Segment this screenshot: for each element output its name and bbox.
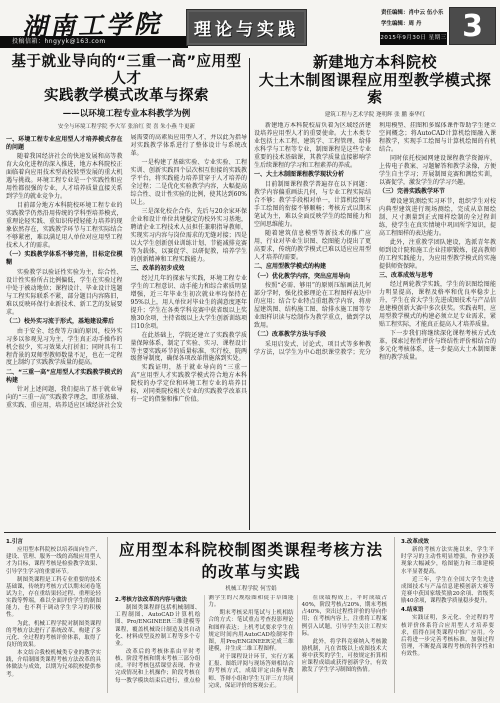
article-left-title-line1: 基于就业导向的“三重一高”应用型人才 — [6, 54, 247, 88]
body-paragraph: 经过几年的探索与实践，环境工程专业学生的工程意识、动手能力和综合素质明显增强，近… — [131, 275, 248, 331]
body-paragraph: 此外，注重教学团队建设，选派青年教师到设计院和施工企业挂职锻炼，提高教师的工程实… — [379, 239, 496, 271]
student-editor-line: 学生编辑：周 丹 — [381, 19, 447, 30]
body-paragraph: 目前制图课程教学普遍存在以下问题：教学内容偏重画法几何，与专业工程实际结合不够；… — [254, 181, 371, 229]
body-paragraph: 在成绩构成上，平时成绩占40%，阶段考核占20%，期末考核占40%，突出过程性评… — [302, 595, 387, 638]
newspaper-page: 湖南工学院 投稿信箱：hngyyk@163.com 理论与实践 责任编辑：肖中云… — [0, 0, 500, 703]
body-subheading: 一、大土木制图课程教学现状分析 — [254, 171, 371, 179]
body-paragraph: 同时依托校园网建设课程教学资源库，上传电子教案、习题解答和教学录像，方便学生自主… — [379, 155, 496, 187]
body-paragraph: 增设建筑测绘实习环节，组织学生对校内典型建筑进行现场测绘，完成从草图绘制、尺寸测… — [379, 198, 496, 238]
body-paragraph: 制图类课程群包括机械制图、工程制图、AutoCAD计算机绘图、Pro/ENGIN… — [115, 605, 200, 648]
body-paragraph: 实践证明，多元化、全过程的考核评价体系符合应用型人才培养要求，值得在同类课程中推… — [401, 615, 494, 658]
body-subheading: 1.引言 — [6, 539, 101, 546]
article-bottom-title: 应用型本科院校制图类课程考核方法的改革与实践 — [115, 538, 387, 582]
vertical-column-rule — [249, 58, 250, 530]
article-left-body: 一、环境工程专业应用型人才培养模式存在的问题随着我国经济社会的快速发展和高等教育… — [6, 134, 247, 552]
body-paragraph: 随着我国经济社会的快速发展和高等教育大众化进程的深入推进，地方本科院校正面临着向… — [6, 153, 123, 201]
article-bottom-center-body: 2.考核方法改革的内容与做法制图类课程群包括机械制图、工程制图、AutoCAD计… — [115, 595, 387, 693]
article-left: 基于就业导向的“三重一高”应用型人才 实践教学模式改革与探索 ——以环境工程专业… — [6, 54, 247, 530]
body-paragraph: 制图类课程是工科专业重要的技术基础课，传统的考核方式以期末闭卷笔试为主，存在重结… — [6, 577, 101, 620]
body-paragraph: 对于课程设计环节，实行方案汇报、图纸评阅与现场答辩相结合的考核方式，成绩评定由指… — [208, 654, 293, 690]
article-right-title-line2: 大土木制图课程应用型教学模式探索 — [254, 72, 496, 107]
body-paragraph: 期末考核采用笔试与上机相结合的方式：笔试重点考查投影理论和图样表达；上机考试要求… — [208, 610, 293, 653]
body-paragraph: 三是深化校企合作，先后与20余家环保企业和设计单位共建稳定的校外实习基地，聘请企… — [131, 208, 248, 264]
body-paragraph: 经过两轮教学实践，学生的识图绘图能力明显提高，课程及格率和优良率稳步上升，学生在… — [379, 281, 496, 329]
body-paragraph: 实践证明，基于就业导向的“三重一高”应用型人才实践教学模式符合地方本科院校的办学… — [131, 364, 248, 404]
body-subheading: 4.结束语 — [401, 607, 494, 614]
article-left-byline: 安全与环境工程学院 李大军 张治红 贺 喜 朱小燕 牛更新 — [6, 122, 247, 130]
article-bottom-right-column: 3.改革成效新的考核方法实施以来，学生平时学习的主动性明显增强，作业抄袭现象大幅… — [401, 537, 494, 693]
body-paragraph: 新的考核方法实施以来，学生平时学习的主动性明显增强，作业抄袭现象大幅减少，绘图能… — [401, 547, 494, 576]
article-right-byline: 建筑工程与艺术学院 逄明辉 张 鹏 秦华红 — [254, 110, 496, 118]
body-subheading: 三、改革成效与思考 — [379, 272, 496, 280]
body-subheading: （一）实践教学体系不够完善，目标定位模糊 — [6, 251, 123, 267]
body-paragraph: 本文结合我校机械类专业的教学实践，介绍制图类课程考核方法改革的具体做法与成效，以… — [6, 650, 101, 679]
body-subheading: （二）改革教学方法与手段 — [254, 331, 371, 339]
article-left-subtitle: ——以环境工程专业本科教学为例 — [6, 107, 247, 119]
body-paragraph: 实验教学以验证性实验为主，综合性、设计性实验所占比例偏低，学生在实验过程中处于被… — [6, 269, 123, 317]
body-paragraph: 下一步我们将继续深化课程考核方式改革，探索过程性评价与终结性评价相结合的多元化考… — [379, 330, 496, 362]
body-paragraph: 随着建筑信息模型等新技术的推广应用，行业对毕业生识图、绘图能力提出了更高要求，传… — [254, 230, 371, 262]
submission-email-bar: 投稿信箱：hngyyk@163.com — [0, 36, 188, 48]
article-right-title-line1: 新建地方本科院校 — [254, 54, 496, 72]
editors-block: 责任编辑：肖中云 伍小乐 学生编辑：周 丹 — [381, 8, 447, 30]
article-right-body: 新建地方本科院校肩负着为区域经济建设培养应用型人才的重要使命。大土木类专业包括土… — [254, 122, 496, 536]
body-paragraph: 一是构建了基础实验、专业实验、工程实训、创新实践四个层次相互衔接的实践教学平台，… — [131, 159, 248, 207]
body-paragraph: 在此基础上，学院还建立了实践教学质量保障体系，制定了实验、实习、课程设计等主要实… — [131, 332, 248, 364]
body-paragraph: 为此，机械工程学院对制图类课程的考核方法进行了系统改革，构建了多元化、全过程的考… — [6, 621, 101, 650]
body-paragraph: 近三年，学生在全国大学生先进成图技术与产品信息建模创新大赛等竞赛中获国家级奖励2… — [401, 577, 494, 606]
body-subheading: 2.考核方法改革的内容与做法 — [115, 597, 200, 604]
body-subheading: （二）校外实习流于形式，基地建设滞后 — [6, 318, 123, 326]
article-left-title-line2: 实践教学模式改革与探索 — [6, 88, 247, 105]
body-paragraph: 应用型本科院校以培养面向生产、建设、管理、服务一线的高级应用型人才为目标，课程考… — [6, 547, 101, 576]
article-bottom-left-column: 1.引言应用型本科院校以培养面向生产、建设、管理、服务一线的高级应用型人才为目标… — [6, 537, 101, 693]
article-right: 新建地方本科院校 大土木制图课程应用型教学模式探索 建筑工程与艺术学院 逄明辉 … — [254, 54, 496, 530]
body-subheading: （三）完善实践教学环节 — [379, 188, 496, 196]
chief-editor-line: 责任编辑：肖中云 伍小乐 — [381, 8, 447, 19]
body-subheading: 3.改革成效 — [401, 539, 494, 546]
article-bottom-center: 应用型本科院校制图类课程考核方法的改革与实践 机械工程学院 何雪娟 2.考核方法… — [107, 537, 395, 693]
body-paragraph: 按照“必需、够用”的原则压缩画法几何部分学时，强化投影理论在工程图样表达中的应用… — [254, 282, 371, 330]
body-subheading: 二、应用型教学模式的构建 — [254, 263, 371, 271]
body-subheading: （一）优化教学内容，突出应用导向 — [254, 273, 371, 281]
article-bottom: 1.引言应用型本科院校以培养面向生产、建设、管理、服务一线的高级应用型人才为目标… — [6, 537, 494, 693]
body-subheading: 二、“三重一高”应用型人才实践教学模式的构建 — [6, 369, 123, 385]
body-paragraph: 由于安全、经费等方面的原因，校外实习多以参观见习为主，学生真正动手操作的机会很少… — [6, 328, 123, 368]
horizontal-section-rule — [4, 532, 496, 533]
date-bar: 2015年9月30日 星期三 — [380, 32, 447, 45]
article-bottom-byline: 机械工程学院 何雪娟 — [115, 584, 387, 592]
body-paragraph: 新建地方本科院校肩负着为区域经济建设培养应用型人才的重要使命。大土木类专业包括土… — [254, 122, 371, 170]
body-subheading: 三、改革的初步成效 — [131, 265, 248, 273]
section-banner: 理论与实践 — [186, 9, 307, 46]
body-paragraph: 此外，将学科竞赛纳入考核激励机制，凡在省级以上成图技术大赛中获奖的学生，可按规定… — [302, 639, 387, 675]
body-subheading: 一、环境工程专业应用型人才培养模式存在的问题 — [6, 136, 123, 152]
page-number-badge: 3 — [449, 7, 496, 45]
body-paragraph: 目前部分地方本科院校环境工程专业的实践教学仍然沿用传统的学科型培养模式，重理论轻… — [6, 202, 123, 250]
